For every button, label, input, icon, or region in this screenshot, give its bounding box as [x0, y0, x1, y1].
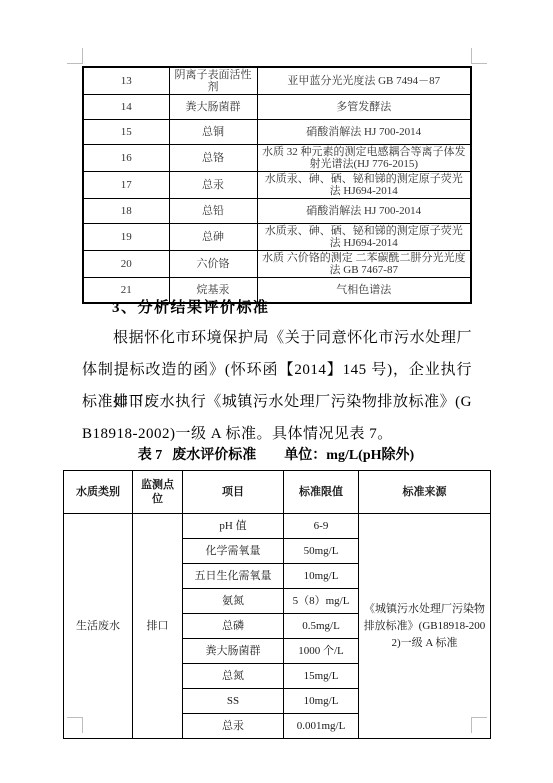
- water-type-cell: 生活废水: [64, 514, 133, 739]
- limit-cell: 15mg/L: [284, 664, 359, 689]
- row-number-cell: 18: [83, 199, 169, 224]
- header-item: 项目: [183, 471, 284, 514]
- table-row: 18 总铅 硝酸消解法 HJ 700-2014: [83, 199, 471, 224]
- row-number-cell: 14: [83, 95, 169, 120]
- table-row: 17 总汞 水质汞、砷、硒、铋和锑的测定原子荧光法 HJ694-2014: [83, 172, 471, 199]
- table-row: 19 总砷 水质汞、砷、硒、铋和锑的测定原子荧光法 HJ694-2014: [83, 224, 471, 251]
- row-number-cell: 15: [83, 120, 169, 145]
- item-cell: 总铬: [169, 145, 257, 172]
- header-limit: 标准限值: [284, 471, 359, 514]
- row-number-cell: 16: [83, 145, 169, 172]
- row-number-cell: 17: [83, 172, 169, 199]
- limit-cell: 5（8）mg/L: [284, 589, 359, 614]
- item-cell: 化学需氧量: [183, 539, 284, 564]
- table-header-row: 水质类别 监测点位 项目 标准限值 标准来源: [64, 471, 491, 514]
- wastewater-standard-table: 水质类别 监测点位 项目 标准限值 标准来源 生活废水 排口 pH 值 6-9 …: [63, 470, 491, 739]
- table-row: 20 六价铬 水质 六价铬的测定 二苯碳酰二肼分光光度法 GB 7467-87: [83, 251, 471, 278]
- method-cell: 亚甲蓝分光光度法 GB 7494－87: [257, 67, 471, 95]
- item-cell: 氨氮: [183, 589, 284, 614]
- table-row: 生活废水 排口 pH 值 6-9 《城镇污水处理厂污染物排放标准》(GB1891…: [64, 514, 491, 539]
- header-water-type: 水质类别: [64, 471, 133, 514]
- limit-cell: 10mg/L: [284, 689, 359, 714]
- method-cell: 硝酸消解法 HJ 700-2014: [257, 120, 471, 145]
- monitor-point-cell: 排口: [133, 514, 183, 739]
- table7-caption-label: 表 7: [138, 448, 163, 463]
- item-cell: 粪大肠菌群: [183, 639, 284, 664]
- row-number-cell: 13: [83, 67, 169, 95]
- document-page: 13 阴离子表面活性剂 亚甲蓝分光光度法 GB 7494－87 14 粪大肠菌群…: [0, 0, 553, 783]
- limit-cell: 0.001mg/L: [284, 714, 359, 739]
- table7-caption-unit: 单位：mg/L(pH除外): [284, 448, 414, 463]
- header-monitor-point: 监测点位: [133, 471, 183, 514]
- method-cell: 硝酸消解法 HJ 700-2014: [257, 199, 471, 224]
- item-cell: SS: [183, 689, 284, 714]
- item-cell: 五日生化需氧量: [183, 564, 284, 589]
- item-cell: 总汞: [169, 172, 257, 199]
- item-cell: 总汞: [183, 714, 284, 739]
- table-row: 13 阴离子表面活性剂 亚甲蓝分光光度法 GB 7494－87: [83, 67, 471, 95]
- method-cell: 多管发酵法: [257, 95, 471, 120]
- table7-caption-title: 废水评价标准: [172, 448, 256, 463]
- method-cell: 水质汞、砷、硒、铋和锑的测定原子荧光法 HJ694-2014: [257, 224, 471, 251]
- item-cell: 粪大肠菌群: [169, 95, 257, 120]
- method-cell: 水质汞、砷、硒、铋和锑的测定原子荧光法 HJ694-2014: [257, 172, 471, 199]
- text-boundary-mark-top-left: [67, 48, 83, 64]
- limit-cell: 6-9: [284, 514, 359, 539]
- method-cell: 水质 32 种元素的测定电感耦合等离子体发射光谱法(HJ 776-2015): [257, 145, 471, 172]
- limit-cell: 1000 个/L: [284, 639, 359, 664]
- method-cell: 水质 六价铬的测定 二苯碳酰二肼分光光度法 GB 7467-87: [257, 251, 471, 278]
- item-cell: 总砷: [169, 224, 257, 251]
- header-source: 标准来源: [359, 471, 491, 514]
- limit-cell: 10mg/L: [284, 564, 359, 589]
- item-cell: 总氮: [183, 664, 284, 689]
- table7-caption: 表 7废水评价标准单位：mg/L(pH除外): [82, 444, 470, 464]
- limit-cell: 0.5mg/L: [284, 614, 359, 639]
- monitoring-method-table: 13 阴离子表面活性剂 亚甲蓝分光光度法 GB 7494－87 14 粪大肠菌群…: [82, 66, 472, 304]
- item-cell: 六价铬: [169, 251, 257, 278]
- section-heading: 3、分析结果评价标准: [82, 296, 470, 317]
- text-boundary-mark-top-right: [471, 48, 487, 64]
- table-row: 16 总铬 水质 32 种元素的测定电感耦合等离子体发射光谱法(HJ 776-2…: [83, 145, 471, 172]
- item-cell: 总铜: [169, 120, 257, 145]
- row-number-cell: 20: [83, 251, 169, 278]
- row-number-cell: 19: [83, 224, 169, 251]
- limit-cell: 50mg/L: [284, 539, 359, 564]
- table-row: 14 粪大肠菌群 多管发酵法: [83, 95, 471, 120]
- standard-source-cell: 《城镇污水处理厂污染物排放标准》(GB18918-2002)一级 A 标准: [359, 514, 491, 739]
- item-cell: 总铅: [169, 199, 257, 224]
- item-cell: 阴离子表面活性剂: [169, 67, 257, 95]
- body-paragraph: 排口废水执行《城镇污水处理厂污染物排放标准》(GB18918-2002)一级 A…: [82, 386, 472, 450]
- table-row: 15 总铜 硝酸消解法 HJ 700-2014: [83, 120, 471, 145]
- item-cell: 总磷: [183, 614, 284, 639]
- item-cell: pH 值: [183, 514, 284, 539]
